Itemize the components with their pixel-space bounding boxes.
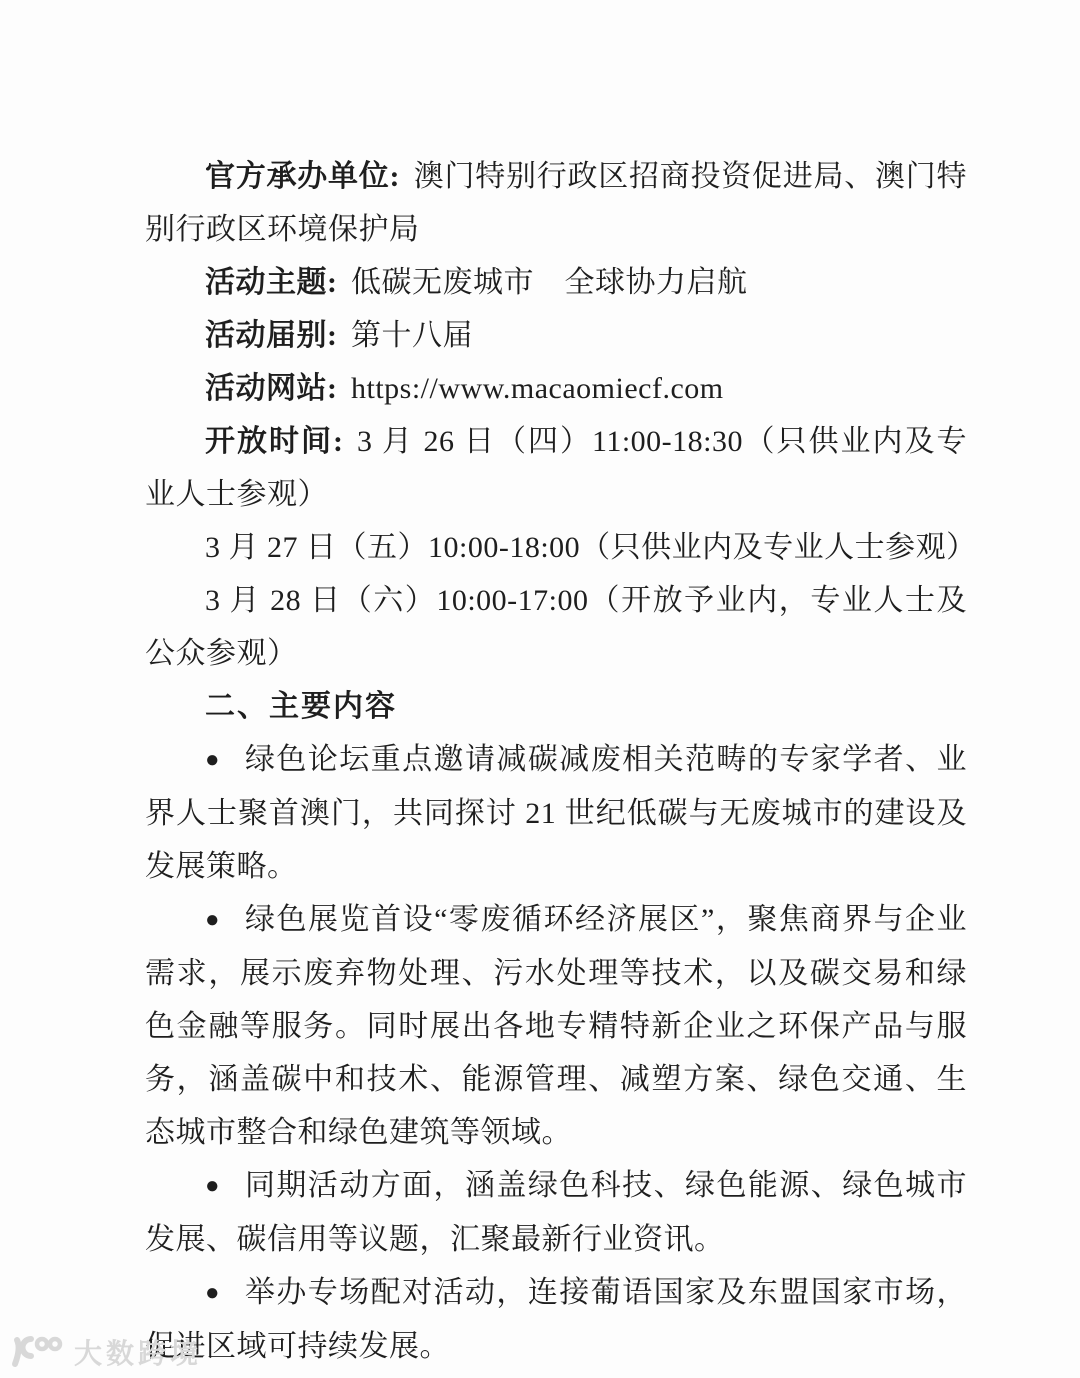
- bullet-item-matching-sessions: ●举办专场配对活动，连接葡语国家及东盟国家市场，促进区域可持续发展。: [145, 1266, 967, 1373]
- scanned-document-page: 官方承办单位:澳门特别行政区招商投资促进局、澳门特别行政区环境保护局 活动主题:…: [0, 0, 1080, 1378]
- website-label: 活动网站:: [205, 372, 338, 405]
- opening-hours-label: 开放时间:: [205, 425, 343, 458]
- opening-hours-day2-value: 3 月 27 日（五）10:00-18:00（只供业内及专业人士参观）: [205, 531, 977, 564]
- section-heading-main-content: 二、主要内容: [145, 680, 967, 733]
- paragraph-event-website: 活动网站:https://www.macaomiecf.com: [145, 362, 967, 415]
- edition-value: 第十八届: [351, 319, 473, 352]
- bullet-item-green-forum: ●绿色论坛重点邀请减碳减废相关范畴的专家学者、业界人士聚首澳门，共同探讨 21 …: [145, 733, 967, 893]
- bullet-green-exhibition-text: 绿色展览首设“零废循环经济展区”，聚焦商界与企业需求，展示废弃物处理、污水处理等…: [145, 903, 967, 1149]
- theme-value: 低碳无废城市 全球协力启航: [351, 266, 748, 299]
- paragraph-official-organizer: 官方承办单位:澳门特别行政区招商投资促进局、澳门特别行政区环境保护局: [145, 150, 967, 256]
- website-url-text: https://www.macaomiecf.com: [351, 372, 724, 405]
- bullet-icon: ●: [205, 1280, 221, 1306]
- paragraph-event-edition: 活动届别:第十八届: [145, 309, 967, 362]
- bullet-concurrent-activities-text: 同期活动方面，涵盖绿色科技、绿色能源、绿色城市发展、碳信用等议题，汇聚最新行业资…: [145, 1169, 967, 1256]
- bullet-icon: ●: [205, 907, 221, 933]
- bullet-icon: ●: [205, 1173, 221, 1199]
- paragraph-opening-hours-day1: 开放时间:3 月 26 日（四）11:00-18:30（只供业内及专业人士参观）: [145, 415, 967, 521]
- theme-label: 活动主题:: [205, 266, 338, 299]
- paragraph-opening-hours-day2: 3 月 27 日（五）10:00-18:00（只供业内及专业人士参观）: [145, 521, 967, 574]
- bullet-item-concurrent-activities: ●同期活动方面，涵盖绿色科技、绿色能源、绿色城市发展、碳信用等议题，汇聚最新行业…: [145, 1159, 967, 1266]
- bullet-matching-sessions-text: 举办专场配对活动，连接葡语国家及东盟国家市场，促进区域可持续发展。: [145, 1276, 967, 1363]
- edition-label: 活动届别:: [205, 319, 338, 352]
- watermark-brand-text: 大数跨境: [74, 1332, 202, 1372]
- bullet-icon: ●: [205, 747, 221, 773]
- bullet-green-forum-text: 绿色论坛重点邀请减碳减废相关范畴的专家学者、业界人士聚首澳门，共同探讨 21 世…: [145, 743, 967, 883]
- document-content: 官方承办单位:澳门特别行政区招商投资促进局、澳门特别行政区环境保护局 活动主题:…: [145, 150, 967, 1373]
- paragraph-event-theme: 活动主题:低碳无废城市 全球协力启航: [145, 256, 967, 309]
- paragraph-opening-hours-day3: 3 月 28 日（六）10:00-17:00（开放予业内，专业人士及公众参观）: [145, 574, 967, 680]
- organizer-label: 官方承办单位:: [205, 160, 400, 193]
- dashukuajing-logo-icon: [8, 1334, 66, 1370]
- bullet-item-green-exhibition: ●绿色展览首设“零废循环经济展区”，聚焦商界与企业需求，展示废弃物处理、污水处理…: [145, 893, 967, 1159]
- opening-hours-day3-value: 3 月 28 日（六）10:00-17:00（开放予业内，专业人士及公众参观）: [145, 584, 967, 670]
- watermark: 大数跨境: [8, 1332, 202, 1372]
